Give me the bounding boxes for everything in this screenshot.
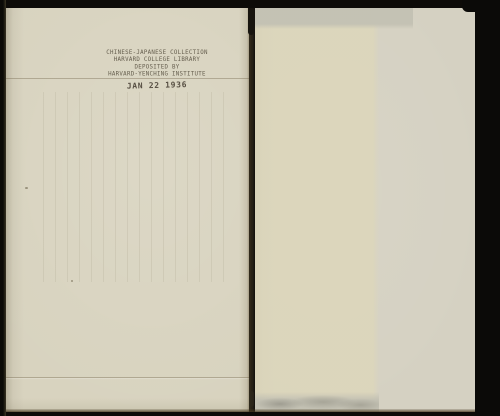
library-stamp: CHINESE-JAPANESE COLLECTION HARVARD COLL… bbox=[99, 49, 214, 90]
scan-right-edge bbox=[475, 0, 500, 416]
stamp-line-library: HARVARD COLLEGE LIBRARY bbox=[99, 56, 214, 63]
right-endpaper-page bbox=[255, 8, 475, 412]
left-endpaper-page: CHINESE-JAPANESE COLLECTION HARVARD COLL… bbox=[6, 8, 249, 412]
paper-speck bbox=[25, 187, 28, 189]
stamp-line-deposited: DEPOSITED BY bbox=[99, 63, 214, 70]
scan-top-border bbox=[0, 0, 500, 8]
top-gray-band bbox=[255, 8, 413, 29]
gutter-top-mark bbox=[248, 5, 254, 35]
gutter-bottom-mark bbox=[249, 391, 254, 407]
stamp-line-collection: CHINESE-JAPANESE COLLECTION bbox=[99, 49, 214, 56]
showthrough-column-lines bbox=[32, 92, 224, 282]
paper-speck bbox=[71, 280, 73, 282]
book-scan: CHINESE-JAPANESE COLLECTION HARVARD COLL… bbox=[0, 0, 500, 416]
scan-right-edge-notch bbox=[462, 0, 476, 12]
paper-tone-region bbox=[255, 8, 379, 412]
scan-bottom-border bbox=[0, 412, 500, 416]
stamp-line-institute: HARVARD-YENCHING INSTITUTE bbox=[99, 71, 214, 78]
scan-left-edge bbox=[0, 0, 6, 416]
stamp-date: JAN 22 1936 bbox=[99, 79, 214, 91]
book-gutter bbox=[247, 8, 255, 412]
bottom-crease-line bbox=[6, 377, 249, 378]
